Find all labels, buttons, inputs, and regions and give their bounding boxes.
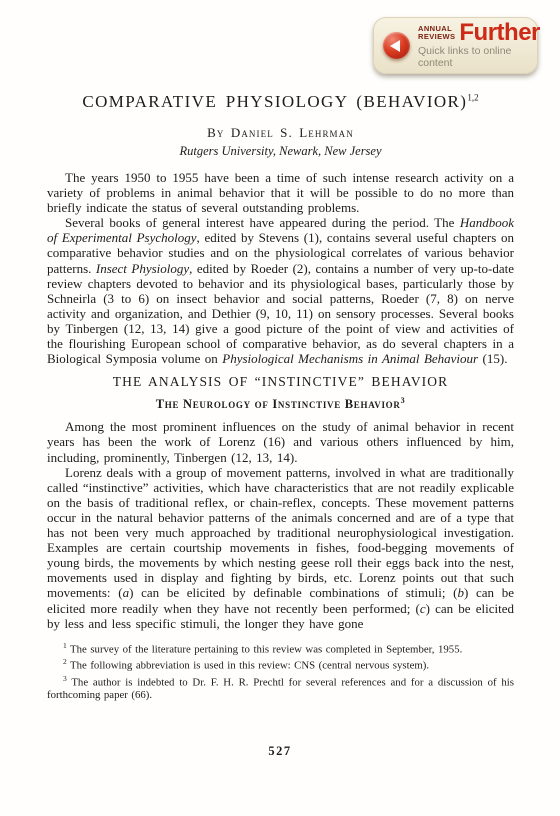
page-number: 527 <box>0 744 560 759</box>
footnote: 3 The author is indebted to Dr. F. H. R.… <box>47 673 514 702</box>
body-text: ) can be elicited by definable combinati… <box>129 585 457 600</box>
body-text: (15). <box>478 351 507 366</box>
annual-reviews-further-badge[interactable]: ANNUAL REVIEWS Further Quick links to on… <box>373 17 538 74</box>
affiliation: Rutgers University, Newark, New Jersey <box>47 144 514 159</box>
paragraph: Several books of general interest have a… <box>47 215 514 366</box>
article-title-text: COMPARATIVE PHYSIOLOGY (BEHAVIOR) <box>82 92 467 111</box>
footnotes: 1 The survey of the literature pertainin… <box>47 640 514 702</box>
footnote: 1 The survey of the literature pertainin… <box>47 640 514 657</box>
footnote-marker: 3 <box>401 396 406 405</box>
paragraph: Lorenz deals with a group of movement pa… <box>47 465 514 631</box>
body-text: Lorenz deals with a group of movement pa… <box>47 465 514 601</box>
body-text: Among the most prominent influences on t… <box>47 419 514 464</box>
footnote-marker: 2 <box>63 657 67 666</box>
section-heading: THE ANALYSIS OF “INSTINCTIVE” BEHAVIOR <box>47 374 514 390</box>
footnote: 2 The following abbreviation is used in … <box>47 656 514 673</box>
article: COMPARATIVE PHYSIOLOGY (BEHAVIOR)1,2 By … <box>47 92 514 702</box>
journal-page: ANNUAL REVIEWS Further Quick links to on… <box>0 0 560 816</box>
badge-text: ANNUAL REVIEWS Further Quick links to on… <box>418 22 540 69</box>
article-body: The years 1950 to 1955 have been a time … <box>47 170 514 631</box>
back-arrow-icon <box>383 32 410 59</box>
paragraph: Among the most prominent influences on t… <box>47 419 514 464</box>
italic-text: Physiological Mechanisms in Animal Behav… <box>222 351 478 366</box>
paragraph: The years 1950 to 1955 have been a time … <box>47 170 514 215</box>
footnote-marker: 1 <box>63 641 67 650</box>
body-text: Several books of general interest have a… <box>65 215 460 230</box>
byline: By Daniel S. Lehrman <box>47 125 514 141</box>
badge-brand: ANNUAL REVIEWS <box>418 25 455 41</box>
subsection-heading: The Neurology of Instinctive Behavior3 <box>47 396 514 412</box>
body-text: The years 1950 to 1955 have been a time … <box>47 170 514 215</box>
italic-text: Insect Physiology <box>96 261 189 276</box>
title-footnote-markers: 1,2 <box>467 92 478 102</box>
badge-tagline: Quick links to online content <box>418 45 540 69</box>
badge-brand-line2: REVIEWS <box>418 32 455 41</box>
footnote-marker: 3 <box>63 674 67 683</box>
left-triangle-icon <box>390 40 400 52</box>
article-title: COMPARATIVE PHYSIOLOGY (BEHAVIOR)1,2 <box>47 92 514 112</box>
badge-further-label: Further <box>459 22 540 44</box>
